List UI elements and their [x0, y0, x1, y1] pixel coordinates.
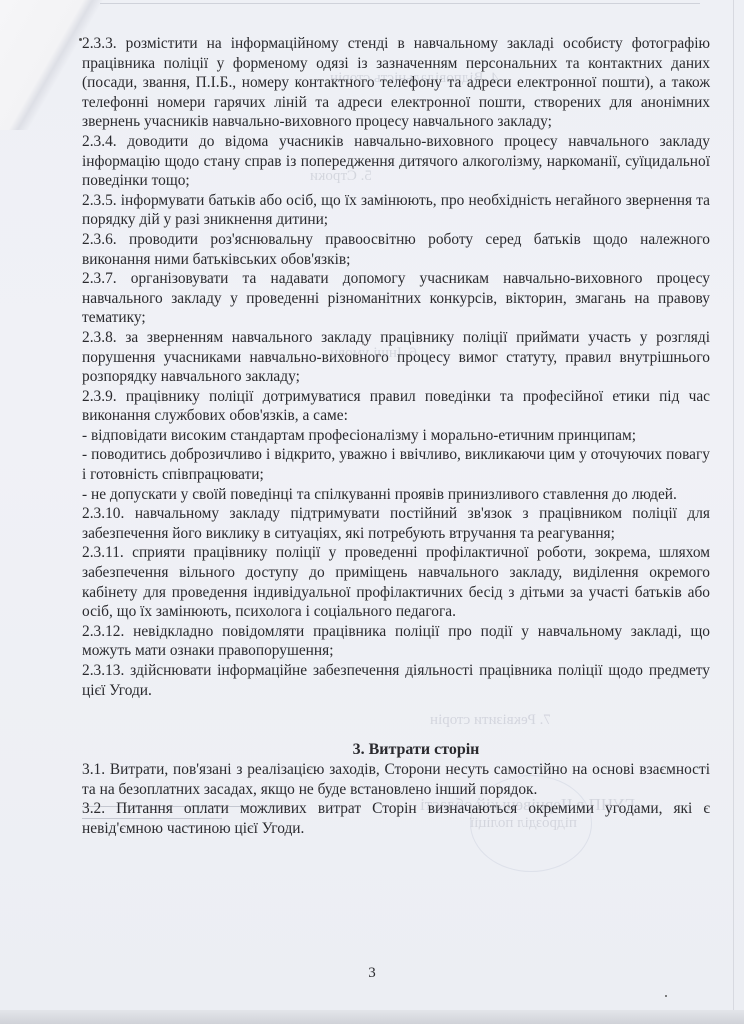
clause-2-3-9-bullet-2: - поводитись доброзичливо і відкрито, ув…	[82, 445, 710, 484]
speck	[665, 995, 667, 997]
clause-2-3-6: 2.3.6. проводити роз'яснювальну правоосв…	[82, 230, 710, 269]
paper-top-edge	[100, 3, 700, 4]
scanned-page: 4. Відповідальність сторін 5. Строки 6. …	[0, 0, 744, 1024]
clause-2-3-9: 2.3.9. працівнику поліції дотримуватися …	[82, 387, 710, 426]
clause-2-3-13: 2.3.13. здійснювати інформаційне забезпе…	[82, 661, 710, 700]
clause-3-2: 3.2. Питання оплати можливих витрат Стор…	[82, 799, 710, 838]
clause-2-3-10: 2.3.10. навчальному закладу підтримувати…	[82, 504, 710, 543]
clause-2-3-5: 2.3.5. інформувати батьків або осіб, що …	[82, 191, 710, 230]
clause-2-3-3: 2.3.3. розмістити на інформаційному стен…	[82, 34, 710, 132]
clause-2-3-12: 2.3.12. невідкладно повідомляти працівни…	[82, 622, 710, 661]
document-body: 2.3.3. розмістити на інформаційному стен…	[82, 34, 710, 839]
clause-2-3-7: 2.3.7. організовувати та надавати допомо…	[82, 269, 710, 328]
paper-right-edge	[733, 0, 734, 1010]
clause-2-3-8: 2.3.8. за зверненням навчального закладу…	[82, 328, 710, 387]
scanner-bottom-edge	[0, 1010, 744, 1024]
clause-2-3-4: 2.3.4. доводити до відома учасників навч…	[82, 132, 710, 191]
clause-2-3-9-bullet-1: - відповідати високим стандартам професі…	[82, 426, 710, 446]
clause-2-3-9-bullet-3: - не допускати у своїй поведінці та спіл…	[82, 485, 710, 505]
page-number: 3	[0, 965, 744, 982]
clause-3-1: 3.1. Витрати, пов'язані з реалізацією за…	[82, 760, 710, 799]
section-heading-expenses: 3. Витрати сторін	[82, 740, 710, 760]
clause-2-3-11: 2.3.11. сприяти працівнику поліції у про…	[82, 543, 710, 621]
